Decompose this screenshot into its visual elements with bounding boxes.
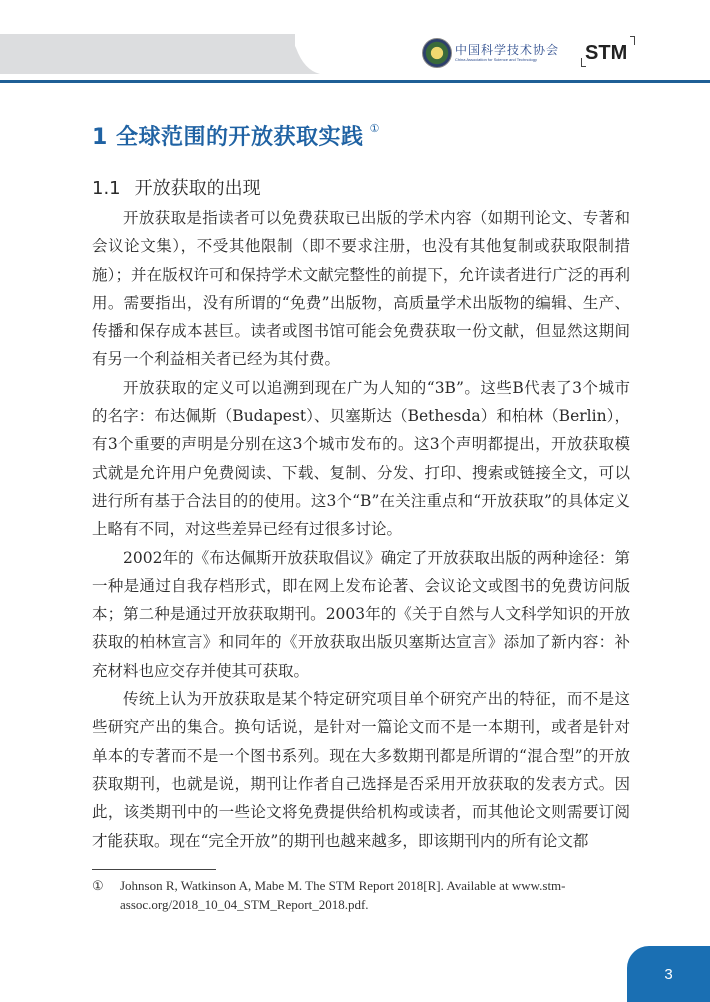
section-number: 1.1: [92, 178, 121, 199]
header-band-curve: [270, 34, 320, 74]
chapter-title-text: 1 全球范围的开放获取实践: [92, 125, 363, 150]
paragraph: 开放获取的定义可以追溯到现在广为人知的“3B”。这些B代表了3个城市的名字：布达…: [92, 374, 630, 544]
body-text: 开放获取是指读者可以免费获取已出版的学术内容（如期刊论文、专著和会议论文集），不…: [92, 204, 630, 855]
footnote: ① Johnson R, Watkinson A, Mabe M. The ST…: [92, 876, 630, 914]
page-number-tab: 3: [627, 946, 710, 1002]
paragraph: 开放获取是指读者可以免费获取已出版的学术内容（如期刊论文、专著和会议论文集），不…: [92, 204, 630, 374]
section-title: 开放获取的出现: [135, 178, 261, 199]
stm-logo: STM: [581, 42, 631, 65]
footnote-text: Johnson R, Watkinson A, Mabe M. The STM …: [120, 876, 630, 914]
footnote-mark: ①: [92, 876, 120, 914]
cast-emblem-icon: [422, 38, 452, 68]
cast-name-en: China Association for Science and Techno…: [455, 57, 559, 63]
header-rule: [0, 80, 710, 83]
cast-name-cn: 中国科学技术协会: [455, 43, 559, 57]
cast-logo-text: 中国科学技术协会 China Association for Science a…: [455, 43, 559, 63]
chapter-title: 1 全球范围的开放获取实践①: [92, 120, 380, 151]
paragraph: 2002年的《布达佩斯开放获取倡议》确定了开放获取出版的两种途径：第一种是通过自…: [92, 544, 630, 685]
header-band: [0, 34, 295, 74]
section-heading: 1.1开放获取的出现: [92, 174, 261, 200]
paragraph: 传统上认为开放获取是某个特定研究项目单个研究产出的特征，而不是这些研究产出的集合…: [92, 685, 630, 855]
header-logos: 中国科学技术协会 China Association for Science a…: [422, 38, 631, 68]
footnote-divider: [92, 869, 216, 870]
footnote-ref[interactable]: ①: [369, 122, 379, 135]
page-number: 3: [664, 966, 672, 983]
